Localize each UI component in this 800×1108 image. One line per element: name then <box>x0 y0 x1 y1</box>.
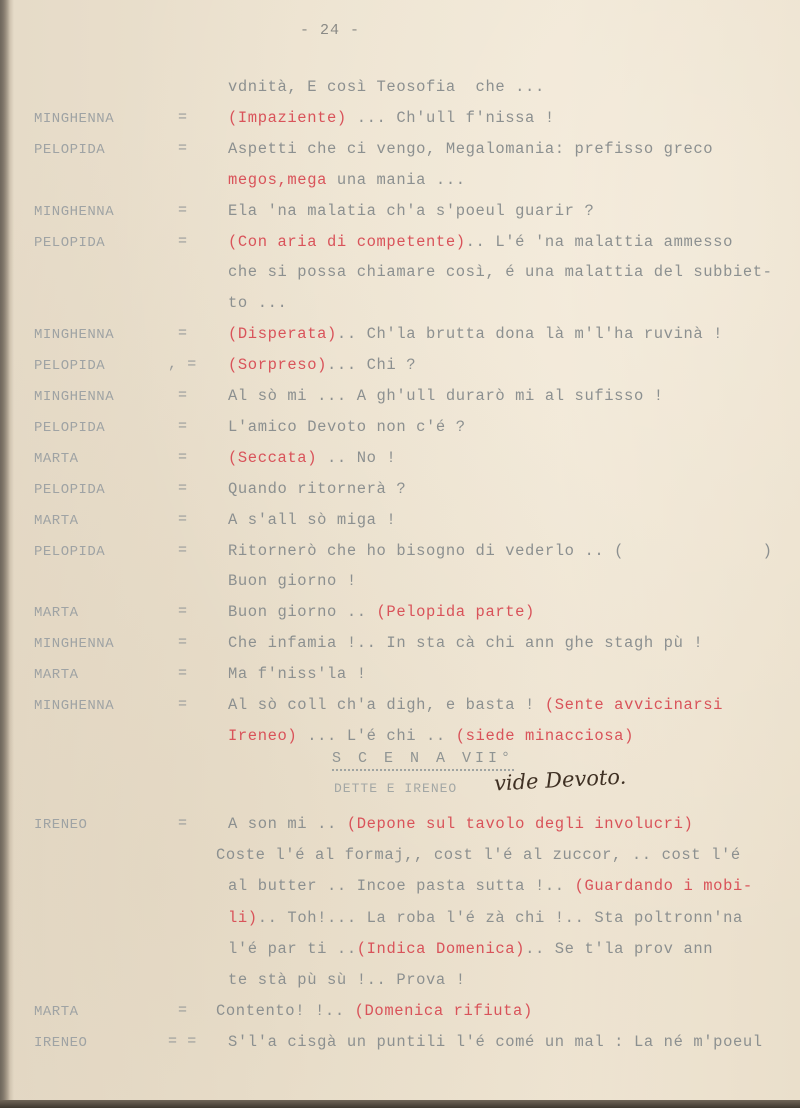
dialogue-separator: = <box>178 387 188 404</box>
dialogue-separator: = <box>178 480 188 497</box>
dialogue-text: li).. Toh!... La roba l'é zà chi !.. Sta… <box>228 909 743 927</box>
dialogue-text: (Disperata).. Ch'la brutta dona là m'l'h… <box>228 325 723 343</box>
dialogue-separator: = <box>178 665 188 682</box>
dialogue-text: A s'all sò miga ! <box>228 511 396 529</box>
dialogue-text: A son mi .. (Depone sul tavolo degli inv… <box>228 815 693 833</box>
dialogue-separator: = <box>178 418 188 435</box>
page-number: - 24 - <box>300 22 360 39</box>
dialogue-text: Aspetti che ci vengo, Megalomania: prefi… <box>228 140 713 158</box>
dialogue-segment: to ... <box>228 294 287 312</box>
dialogue-text: S'l'a cisgà un puntili l'é comé un mal :… <box>228 1033 763 1051</box>
dialogue-text: Ma f'niss'la ! <box>228 665 367 683</box>
dialogue-text: Buon giorno ! <box>228 572 357 590</box>
dialogue-segment: Contento! !.. <box>216 1002 355 1020</box>
dialogue-segment: l'é par ti .. <box>228 940 357 958</box>
dialogue-separator: = <box>178 511 188 528</box>
speaker-name: PELOPIDA <box>34 142 105 158</box>
dialogue-segment: Ritornerò che ho bisogno di vederlo .. (… <box>228 542 773 560</box>
speaker-name: MARTA <box>34 1004 79 1020</box>
stage-direction: (Sorpreso) <box>228 356 327 374</box>
dialogue-segment: L'amico Devoto non c'é ? <box>228 418 466 436</box>
dialogue-segment: .. No ! <box>317 449 396 467</box>
dialogue-separator: = = <box>168 1033 197 1050</box>
dialogue-separator: = <box>178 109 188 126</box>
dialogue-text: che si possa chiamare così, é una malatt… <box>228 263 773 281</box>
dialogue-separator: = <box>178 603 188 620</box>
speaker-name: MINGHENNA <box>34 636 114 652</box>
dialogue-segment: S'l'a cisgà un puntili l'é comé un mal :… <box>228 1033 763 1051</box>
stage-direction: (Guardando i mobi- <box>575 877 753 895</box>
stage-direction: megos,mega <box>228 171 327 189</box>
speaker-name: MARTA <box>34 605 79 621</box>
dialogue-text: megos,mega una mania ... <box>228 171 466 189</box>
dialogue-text: Che infamia !.. In sta cà chi ann ghe st… <box>228 634 703 652</box>
dialogue-text: to ... <box>228 294 287 312</box>
dialogue-segment: vdnità, E così Teosofia che ... <box>228 78 545 96</box>
dialogue-segment: Al sò mi ... A gh'ull durarò mi al sufis… <box>228 387 664 405</box>
stage-direction: (Impaziente) <box>228 109 347 127</box>
dialogue-segment: che si possa chiamare così, é una malatt… <box>228 263 773 281</box>
dialogue-segment: te stà pù sù !.. Prova ! <box>228 971 466 989</box>
stage-direction: (Depone sul tavolo degli involucri) <box>347 815 694 833</box>
dialogue-segment: ... Ch'ull f'nissa ! <box>347 109 555 127</box>
speaker-name: IRENEO <box>34 1035 87 1051</box>
dialogue-text: Ela 'na malatia ch'a s'poeul guarir ? <box>228 202 594 220</box>
stage-direction: li) <box>228 909 258 927</box>
dialogue-segment: ... Chi ? <box>327 356 416 374</box>
dialogue-segment: .. Ch'la brutta dona là m'l'ha ruvinà ! <box>337 325 723 343</box>
dialogue-text: (Impaziente) ... Ch'ull f'nissa ! <box>228 109 555 127</box>
dialogue-segment: Al sò coll ch'a digh, e basta ! <box>228 696 545 714</box>
dialogue-text: (Sorpreso)... Chi ? <box>228 356 416 374</box>
dialogue-text: Al sò mi ... A gh'ull durarò mi al sufis… <box>228 387 664 405</box>
dialogue-text: vdnità, E così Teosofia che ... <box>228 78 545 96</box>
speaker-name: PELOPIDA <box>34 358 105 374</box>
dialogue-segment: Quando ritornerà ? <box>228 480 406 498</box>
stage-direction: Ireneo) <box>228 727 297 745</box>
speaker-name: PELOPIDA <box>34 420 105 436</box>
dialogue-segment: Ma f'niss'la ! <box>228 665 367 683</box>
speaker-name: PELOPIDA <box>34 482 105 498</box>
dialogue-text: Buon giorno .. (Pelopida parte) <box>228 603 535 621</box>
dialogue-segment: Aspetti che ci vengo, Megalomania: prefi… <box>228 140 713 158</box>
dialogue-separator: = <box>178 325 188 342</box>
speaker-name: MARTA <box>34 451 79 467</box>
stage-direction: (Disperata) <box>228 325 337 343</box>
speaker-name: MARTA <box>34 513 79 529</box>
stage-direction: (Seccata) <box>228 449 317 467</box>
scene-characters: DETTE E IRENEO <box>334 781 457 796</box>
dialogue-segment: Buon giorno .. <box>228 603 377 621</box>
dialogue-text: Contento! !.. (Domenica rifiuta) <box>216 1002 533 1020</box>
stage-direction: (Domenica rifiuta) <box>355 1002 533 1020</box>
stage-direction: (Indica Domenica) <box>357 940 525 958</box>
stage-direction: (Pelopida parte) <box>377 603 535 621</box>
dialogue-separator: , = <box>168 356 197 373</box>
dialogue-segment: Ela 'na malatia ch'a s'poeul guarir ? <box>228 202 594 220</box>
dialogue-segment: ... L'é chi .. <box>297 727 455 745</box>
page-binding-edge <box>0 0 10 1108</box>
dialogue-separator: = <box>178 696 188 713</box>
dialogue-separator: = <box>178 1002 188 1019</box>
speaker-name: MINGHENNA <box>34 327 114 343</box>
speaker-name: MINGHENNA <box>34 698 114 714</box>
dialogue-segment: Coste l'é al formaj,, cost l'é al zuccor… <box>216 846 741 864</box>
dialogue-text: Quando ritornerà ? <box>228 480 406 498</box>
speaker-name: MARTA <box>34 667 79 683</box>
dialogue-segment: .. L'é 'na malattia ammesso <box>466 233 733 251</box>
speaker-name: PELOPIDA <box>34 544 105 560</box>
dialogue-separator: = <box>178 202 188 219</box>
speaker-name: MINGHENNA <box>34 111 114 127</box>
dialogue-separator: = <box>178 542 188 559</box>
dialogue-segment: al butter .. Incoe pasta sutta !.. <box>228 877 575 895</box>
dialogue-text: l'é par ti ..(Indica Domenica).. Se t'la… <box>228 940 713 958</box>
dialogue-segment: una mania ... <box>327 171 466 189</box>
speaker-name: PELOPIDA <box>34 235 105 251</box>
stage-direction: (siede minacciosa) <box>456 727 634 745</box>
dialogue-text: (Seccata) .. No ! <box>228 449 396 467</box>
dialogue-text: Ritornerò che ho bisogno di vederlo .. (… <box>228 542 773 560</box>
dialogue-text: al butter .. Incoe pasta sutta !.. (Guar… <box>228 877 753 895</box>
page-bottom-edge <box>0 1100 800 1108</box>
stage-direction: (Con aria di competente) <box>228 233 466 251</box>
speaker-name: MINGHENNA <box>34 204 114 220</box>
dialogue-separator: = <box>178 449 188 466</box>
dialogue-text: L'amico Devoto non c'é ? <box>228 418 466 436</box>
dialogue-segment: A son mi .. <box>228 815 347 833</box>
dialogue-text: te stà pù sù !.. Prova ! <box>228 971 466 989</box>
dialogue-text: Al sò coll ch'a digh, e basta ! (Sente a… <box>228 696 723 714</box>
dialogue-text: (Con aria di competente).. L'é 'na malat… <box>228 233 733 251</box>
scene-heading: S C E N A VII° <box>332 750 514 771</box>
dialogue-segment: Che infamia !.. In sta cà chi ann ghe st… <box>228 634 703 652</box>
stage-direction: (Sente avvicinarsi <box>545 696 723 714</box>
speaker-name: MINGHENNA <box>34 389 114 405</box>
dialogue-separator: = <box>178 634 188 651</box>
speaker-name: IRENEO <box>34 817 87 833</box>
dialogue-segment: .. Toh!... La roba l'é zà chi !.. Sta po… <box>258 909 743 927</box>
dialogue-segment: A s'all sò miga ! <box>228 511 396 529</box>
dialogue-segment: Buon giorno ! <box>228 572 357 590</box>
dialogue-separator: = <box>178 140 188 157</box>
dialogue-separator: = <box>178 815 188 832</box>
dialogue-text: Ireneo) ... L'é chi .. (siede minacciosa… <box>228 727 634 745</box>
dialogue-separator: = <box>178 233 188 250</box>
dialogue-text: Coste l'é al formaj,, cost l'é al zuccor… <box>216 846 741 864</box>
dialogue-segment: .. Se t'la prov ann <box>525 940 713 958</box>
